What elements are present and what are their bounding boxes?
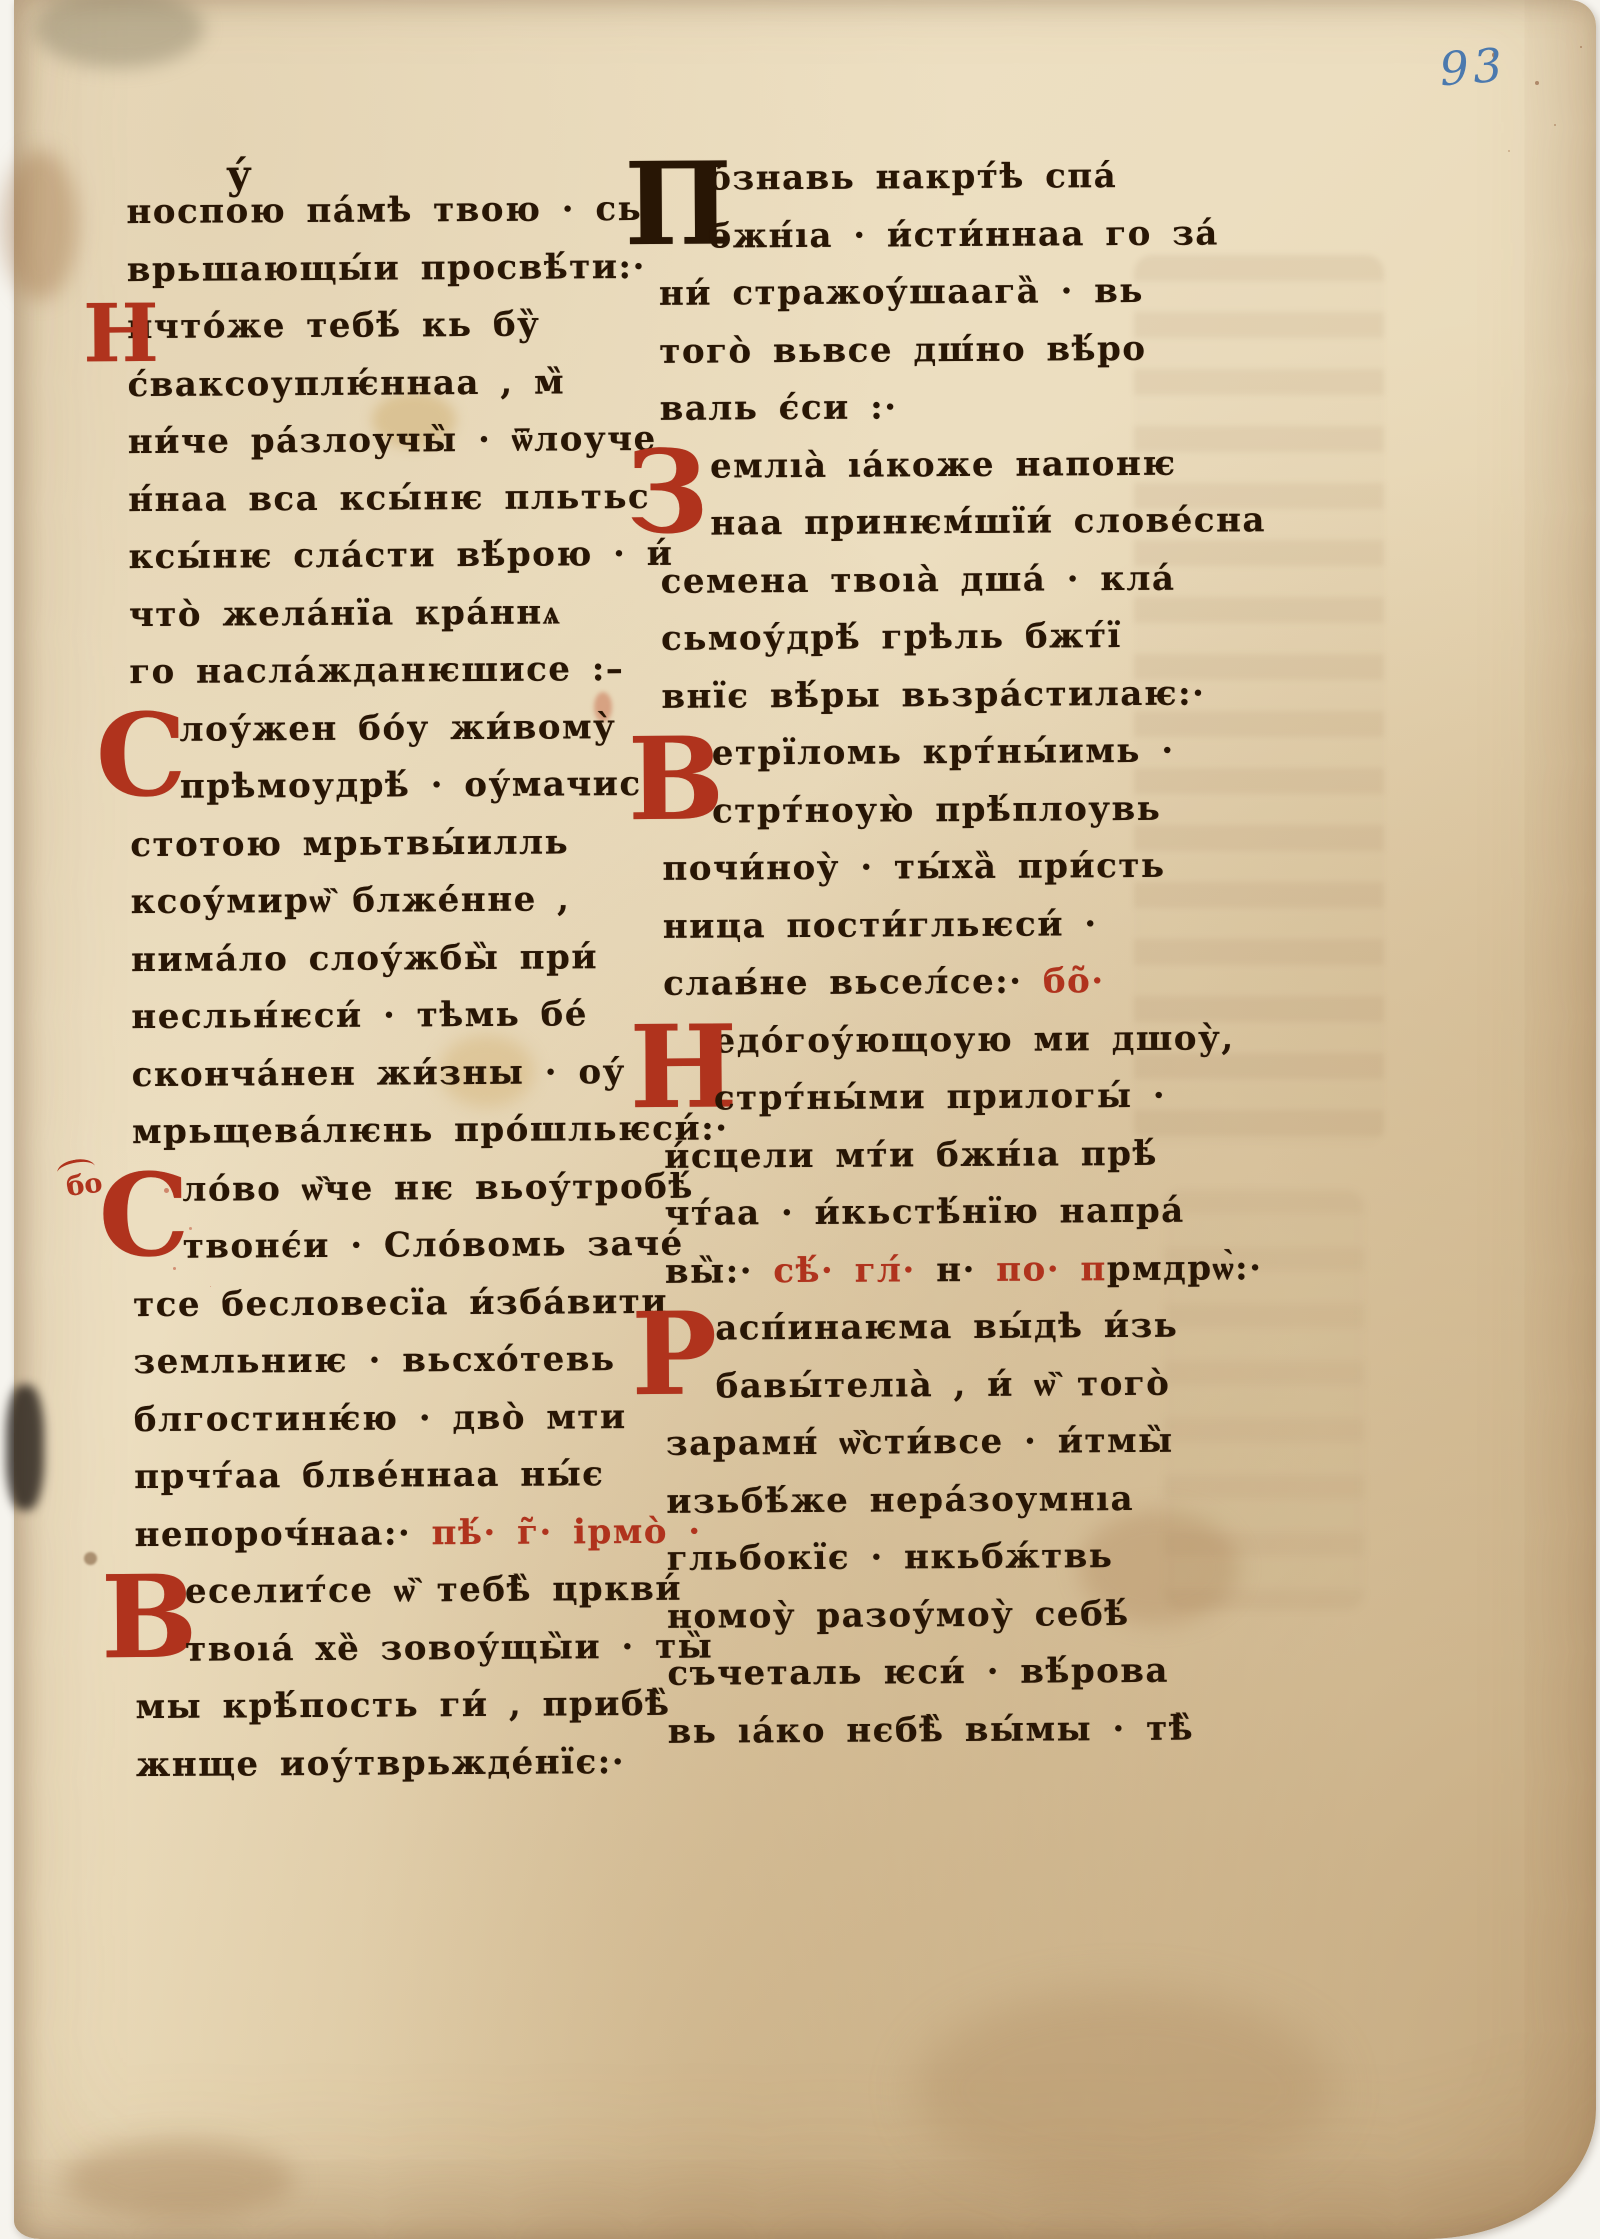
rubric-text: бо̃· [1043, 961, 1105, 1001]
text-line: сконча́нен жи́зны · оу́ [132, 1051, 646, 1112]
body-text: непороч́наа:· [134, 1513, 431, 1555]
text-line: Слоу́жен бо́у жи́вому̀ [129, 706, 643, 767]
body-text: прѣмоудрѣ́ · оу́мачис [180, 764, 642, 807]
text-line: мы крѣ́пость ги́ , прибѣ̏ [135, 1684, 649, 1745]
body-text: жнще иоу́тврьжде́нїє:· [136, 1742, 625, 1785]
text-column-right: По́знавь накрт́ѣ спа́бжн́ıа · и́сти́ннаа… [658, 156, 1208, 1769]
text-line: твоıа́ хе̏ зовоу́щы̏и · ты̏ [135, 1626, 649, 1687]
rubric-text: сѣ́· гл́· [773, 1250, 936, 1291]
text-line: ни́че ра́злоучы̏ · ѿлоуче [128, 419, 642, 480]
text-line: го насла́жданѥшисе :– [129, 649, 643, 710]
text-line: ница пости́гльѥси́ · [663, 903, 1203, 964]
body-text: блгостинѥ́ю · дво̀ мти [134, 1397, 627, 1440]
body-text: семена твоıа̀ дша́ · кла́ [661, 558, 1176, 601]
body-text: емлıа̀ ıа́коже напонѥ [710, 443, 1177, 486]
text-line: жнще иоу́тврьжде́нїє:· [136, 1741, 650, 1802]
body-text: твонє́и · Сло́вомь заче́ [183, 1224, 684, 1267]
text-line: стрт́ны́ми прилогы́ · [664, 1076, 1204, 1137]
text-line: почи́ноу̀ · ты́ха̏ при́сть [662, 846, 1202, 907]
body-text: стрт́ны́ми прилогы́ · [714, 1076, 1167, 1119]
body-text: ни́ стражоу́шаага̏ · вь [659, 271, 1144, 314]
body-text: ло́во ѡ̏че нѥ вьоу́тробѣ́ [182, 1166, 694, 1209]
text-line: нима́ло слоу́жбы̏ при́ [131, 936, 645, 997]
body-text: внїє вѣ́ры вьзра́стилаѥ:· [661, 673, 1205, 716]
text-line: блгостинѥ́ю · дво̀ мти [134, 1396, 648, 1457]
body-text: носпою па́мѣ твою · сь [126, 189, 642, 232]
text-line: По́знавь накрт́ѣ спа́ [658, 156, 1198, 217]
body-text: съчеталь ѥси́ · вѣ́рова [667, 1651, 1169, 1694]
text-line: того̀ вьвсе дш́но вѣ́ро [659, 328, 1199, 389]
text-line: изьбѣ́же нера́зоумнıа [666, 1478, 1206, 1539]
text-line: непороч́наа:· пѣ́· г̃· ірмо̀ · [134, 1511, 648, 1572]
text-line: несльн́ѥси́ · тѣмь бе́ [131, 994, 645, 1055]
manuscript-page: 93 у́носпою па́мѣ твою · сьврьшающы́и пр… [14, 0, 1596, 2239]
text-line: и́сцели мт́и бжн́ıа прѣ́ [664, 1133, 1204, 1194]
text-line: стотою мрьтвы́илль [130, 821, 644, 882]
text-line: врьшающы́и просвѣ́ти:· [127, 246, 641, 307]
text-line: бжн́ıа · и́сти́ннаа го за́ [658, 213, 1198, 274]
text-line: Сболо́во ѡ̏че нѥ вьоу́тробѣ́ [132, 1166, 646, 1227]
text-line: семена твоıа̀ дша́ · кла́ [661, 558, 1201, 619]
text-line: внїє вѣ́ры вьзра́стилаѥ:· [661, 673, 1201, 734]
body-text: н́наа вса ксы́нѥ пльтьс [128, 476, 650, 519]
text-line: стрт́ноую̀ прѣ́плоувь [662, 788, 1202, 849]
text-line: ксы́нѥ сла́сти вѣ́рою · и́ [128, 534, 642, 595]
body-text: н· [936, 1249, 996, 1289]
body-text: прчт́аа блве́ннаа ны́є [134, 1454, 605, 1497]
body-text: гльбокїє · нкьбж́твь [667, 1536, 1114, 1579]
body-text: слав́не вьсел́се:· [663, 962, 1043, 1004]
text-line: с́ваксоуплѥ́ннаа , м̏ [127, 361, 641, 422]
body-text: и́сцели мт́и бжн́ıа прѣ́ [664, 1133, 1158, 1176]
text-line: Землıа̀ ıа́коже напонѥ [660, 443, 1200, 504]
text-line: носпою па́мѣ твою · сь [126, 189, 640, 250]
text-line: прѣмоудрѣ́ · оу́мачис [130, 764, 644, 825]
body-text: с́ваксоуплѥ́ннаа , м̏ [127, 362, 565, 405]
text-line: номоу̀ разоу́моу̀ себѣ́ [667, 1593, 1207, 1654]
text-line: Расп́инаѥма вы́дѣ и́зь [665, 1306, 1205, 1367]
text-line: вь ıа́ко нєбѣ̏ вы́мы · тѣ̏ [668, 1708, 1208, 1769]
body-text: рмдрѡ̀:· [1107, 1248, 1263, 1289]
body-text: го насла́жданѥшисе :– [129, 649, 624, 692]
text-line: у́ [126, 149, 640, 192]
text-line: земльниѥ · вьсхо́тевь [133, 1339, 647, 1400]
body-text: ичто́же тебѣ́ кь бу̏ [127, 305, 540, 348]
text-line: Ветрїломь крт́ны́имь · [662, 731, 1202, 792]
body-text: номоу̀ разоу́моу̀ себѣ́ [667, 1594, 1130, 1637]
body-text: лоу́жен бо́у жи́вому̀ [179, 707, 616, 750]
body-text: чт́аа · и́кьстѣ́нїю напра́ [664, 1191, 1184, 1234]
body-text: ни́че ра́злоучы̏ · ѿлоуче [128, 419, 657, 462]
body-text: асп́инаѥма вы́дѣ и́зь [715, 1306, 1178, 1349]
body-text: о́знавь накрт́ѣ спа́ [708, 156, 1117, 198]
body-text: ксоу́мирѡ̏ блже́нне , [131, 879, 571, 922]
body-text: ница пости́гльѥси́ · [663, 904, 1098, 947]
text-column-left: у́носпою па́мѣ твою · сьврьшающы́и просв… [126, 149, 650, 1802]
body-text: врьшающы́и просвѣ́ти:· [127, 246, 646, 289]
margin-note-theotokion: бо [65, 1173, 92, 1200]
text-line: наа принѥм́шїи́ слове́сна [660, 501, 1200, 562]
body-text: того̀ вьвсе дш́но вѣ́ро [659, 328, 1146, 371]
text-line: Веселит́се ѡ̏ тебѣ̏ цркви́ [135, 1569, 649, 1630]
text-line: зарамн́ ѡ̏сти́все · и́тмы̏ [666, 1421, 1206, 1482]
body-text: еселит́се ѡ̏ тебѣ̏ цркви́ [185, 1569, 682, 1612]
text-line: ни́ стражоу́шаага̏ · вь [659, 271, 1199, 332]
text-line: прчт́аа блве́ннаа ны́є [134, 1454, 648, 1515]
body-text: бавы́телıа̀ , и́ ѡ̏ того̀ [716, 1363, 1171, 1406]
text-line: мрьщева́лѥнь про́шльѥси́:· [132, 1109, 646, 1170]
body-text: твоıа́ хе̏ зовоу́щы̏и · ты̏ [185, 1626, 713, 1669]
body-text: ксы́нѥ сла́сти вѣ́рою · и́ [128, 534, 673, 577]
text-line: чт́аа · и́кьстѣ́нїю напра́ [664, 1191, 1204, 1252]
body-text: едо́гоу́ющоую ми дшоу̀, [713, 1018, 1234, 1061]
body-text: несльн́ѥси́ · тѣмь бе́ [131, 994, 588, 1037]
body-text: вы̏:· [665, 1251, 774, 1292]
body-text: сьмоу́дрѣ́ грѣль бжт́ї [661, 616, 1122, 659]
body-text: наа принѥм́шїи́ слове́сна [710, 500, 1266, 543]
body-text: етрїломь крт́ны́имь · [712, 731, 1175, 774]
rubric-text: по· п [996, 1249, 1107, 1290]
body-text: изьбѣ́же нера́зоумнıа [666, 1478, 1134, 1521]
text-line: сьмоу́дрѣ́ грѣль бжт́ї [661, 616, 1201, 677]
page-content: 93 у́носпою па́мѣ твою · сьврьшающы́и пр… [7, 0, 1600, 2239]
body-text: сконча́нен жи́зны · оу́ [132, 1052, 626, 1095]
body-text: стрт́ноую̀ прѣ́плоувь [712, 788, 1161, 831]
body-text: что̀ жела́нїа кра́ннѧ [129, 592, 561, 635]
text-line: съчеталь ѥси́ · вѣ́рова [667, 1651, 1207, 1712]
text-line: слав́не вьсел́се:· бо̃· [663, 961, 1203, 1022]
body-text: бжн́ıа · и́сти́ннаа го за́ [708, 213, 1219, 256]
body-text: нима́ло слоу́жбы̏ при́ [131, 937, 598, 980]
rubric-text: пѣ́· г̃· ірмо̀ · [431, 1511, 701, 1553]
folio-number: 93 [1438, 37, 1508, 96]
body-text: земльниѥ · вьсхо́тевь [133, 1339, 615, 1382]
text-line: ксоу́мирѡ̏ блже́нне , [131, 879, 645, 940]
text-line: валь є́си :· [660, 386, 1200, 447]
text-line: гльбокїє · нкьбж́твь [667, 1536, 1207, 1597]
text-line: бавы́телıа̀ , и́ ѡ̏ того̀ [666, 1363, 1206, 1424]
illuminated-initial: Н [83, 293, 161, 373]
body-text: мы крѣ́пость ги́ , прибѣ̏ [135, 1684, 670, 1727]
body-text: вь ıа́ко нєбѣ̏ вы́мы · тѣ̏ [668, 1708, 1195, 1751]
body-text: зарамн́ ѡ̏сти́все · и́тмы̏ [666, 1421, 1174, 1464]
text-line: Ничто́же тебѣ́ кь бу̏ [127, 304, 641, 365]
body-text: валь є́си :· [660, 387, 898, 428]
body-text: стотою мрьтвы́илль [130, 822, 569, 865]
text-line: что̀ жела́нїа кра́ннѧ [129, 591, 643, 652]
text-line: вы̏:· сѣ́· гл́· н· по· прмдрѡ̀:· [665, 1248, 1205, 1309]
text-line: твонє́и · Сло́вомь заче́ [133, 1224, 647, 1285]
body-text: тсе бесловесїа и́зба́вити [133, 1281, 668, 1324]
text-line: тсе бесловесїа и́зба́вити [133, 1281, 647, 1342]
text-line: н́наа вса ксы́нѥ пльтьс [128, 476, 642, 537]
text-line: Недо́гоу́ющоую ми дшоу̀, [663, 1018, 1203, 1079]
body-text: почи́ноу̀ · ты́ха̏ при́сть [662, 846, 1165, 889]
photo-backdrop: 93 у́носпою па́мѣ твою · сьврьшающы́и пр… [0, 0, 1600, 2239]
